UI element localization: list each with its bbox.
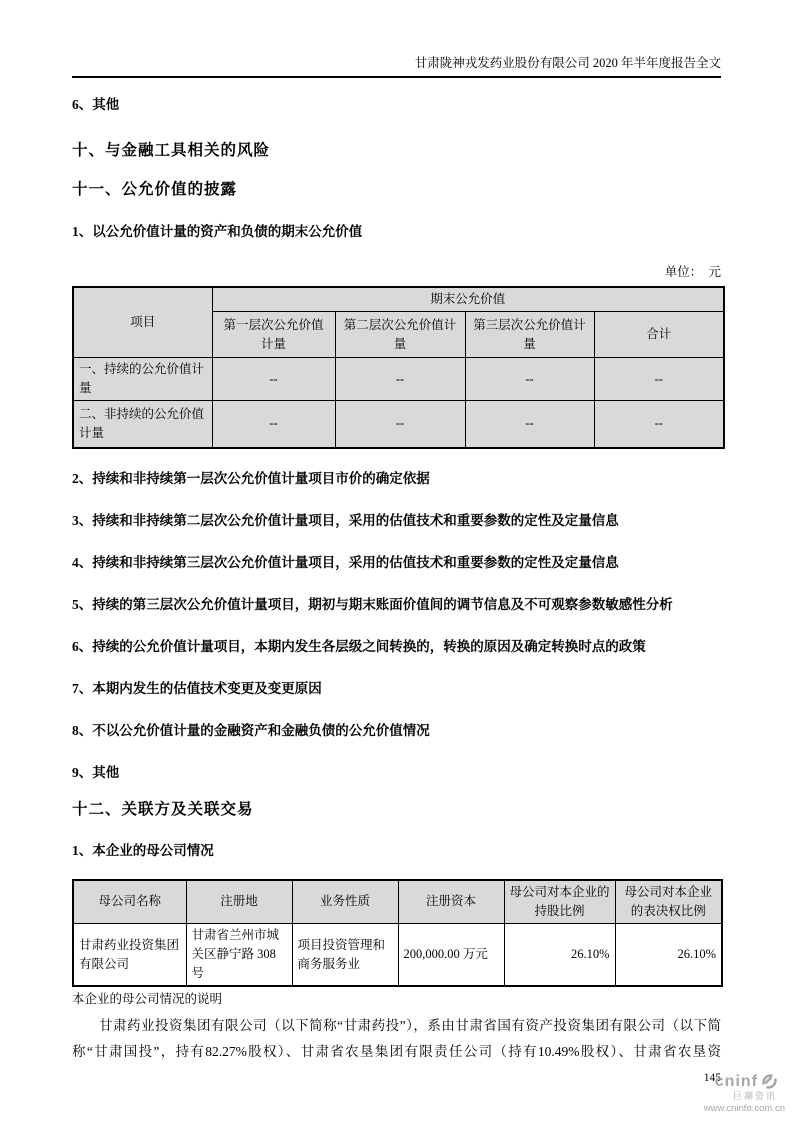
fair-value-table: 项目 期末公允价值 第一层次公允价值计量 第二层次公允价值计量 第三层次公允价值… <box>72 286 725 449</box>
pc-col-location: 注册地 <box>186 880 292 924</box>
heading-item-7: 7、本期内发生的估值技术变更及变更原因 <box>72 680 721 698</box>
heading-section-12-related-party: 十二、关联方及关联交易 <box>72 799 721 820</box>
pc-col-share-ratio: 母公司对本企业的持股比例 <box>504 880 615 924</box>
pc-cell-business: 项目投资管理和商务服务业 <box>292 924 398 987</box>
cninfo-swirl-icon <box>760 1072 779 1091</box>
parent-company-note: 本企业的母公司情况的说明 <box>72 991 721 1008</box>
fv-row-label: 二、非持续的公允价值计量 <box>73 401 212 448</box>
table-row: 一、持续的公允价值计量 -- -- -- -- <box>73 358 724 401</box>
pc-col-business: 业务性质 <box>292 880 398 924</box>
heading-section-10-financial-instrument-risk: 十、与金融工具相关的风险 <box>72 140 721 161</box>
fv-col-level3: 第三层次公允价值计量 <box>465 312 594 358</box>
fv-col-level1: 第一层次公允价值计量 <box>212 312 335 358</box>
pc-col-name: 母公司名称 <box>73 880 186 924</box>
fv-cell: -- <box>465 401 594 448</box>
parent-company-table: 母公司名称 注册地 业务性质 注册资本 母公司对本企业的持股比例 母公司对本企业… <box>72 879 723 988</box>
heading-item-2: 2、持续和非持续第一层次公允价值计量项目市价的确定依据 <box>72 470 721 488</box>
fv-cell: -- <box>594 401 724 448</box>
page-header-title: 甘肃陇神戎发药业股份有限公司 2020 年半年度报告全文 <box>72 55 721 78</box>
fv-cell: -- <box>212 401 335 448</box>
table-row: 二、非持续的公允价值计量 -- -- -- -- <box>73 401 724 448</box>
cninfo-logo-text: cninf <box>715 1073 758 1091</box>
page-number: 145 <box>72 1071 721 1086</box>
fv-cell: -- <box>335 358 465 401</box>
unit-label: 单位： 元 <box>72 264 721 280</box>
heading-item-4: 4、持续和非持续第三层次公允价值计量项目，采用的估值技术和重要参数的定性及定量信… <box>72 554 721 572</box>
fv-cell: -- <box>335 401 465 448</box>
pc-col-capital: 注册资本 <box>398 880 504 924</box>
heading-section-11-fair-value-disclosure: 十一、公允价值的披露 <box>72 179 721 200</box>
parent-company-paragraph: 甘肃药业投资集团有限公司（以下简称“甘肃药投”），系由甘肃省国有资产投资集团有限… <box>72 1013 721 1065</box>
fv-col-total: 合计 <box>594 312 724 358</box>
fv-row-label: 一、持续的公允价值计量 <box>73 358 212 401</box>
cninfo-logo: cninf 巨潮资讯 www.cninfo.com.cn <box>677 1072 787 1114</box>
fv-col-group: 期末公允价值 <box>212 287 724 312</box>
pc-cell-capital: 200,000.00 万元 <box>398 924 504 987</box>
fv-cell: -- <box>212 358 335 401</box>
cninfo-logo-chinese: 巨潮资讯 <box>677 1092 787 1102</box>
heading-item-6-transfer: 6、持续的公允价值计量项目，本期内发生各层级之间转换的，转换的原因及确定转换时点… <box>72 638 721 656</box>
pc-col-vote-ratio: 母公司对本企业的表决权比例 <box>615 880 722 924</box>
heading-item-1-parent-company: 1、本企业的母公司情况 <box>72 842 721 860</box>
heading-item-3: 3、持续和非持续第二层次公允价值计量项目，采用的估值技术和重要参数的定性及定量信… <box>72 512 721 530</box>
heading-item-5: 5、持续的第三层次公允价值计量项目，期初与期末账面价值间的调节信息及不可观察参数… <box>72 596 721 614</box>
heading-item-8: 8、不以公允价值计量的金融资产和金融负债的公允价值情况 <box>72 722 721 740</box>
cninfo-logo-url: www.cninfo.com.cn <box>677 1104 787 1114</box>
fv-cell: -- <box>465 358 594 401</box>
heading-item-6-other: 6、其他 <box>72 96 721 114</box>
table-row: 甘肃药业投资集团有限公司 甘肃省兰州市城关区静宁路 308 号 项目投资管理和商… <box>73 924 722 987</box>
fv-cell: -- <box>594 358 724 401</box>
pc-cell-share-ratio: 26.10% <box>504 924 615 987</box>
pc-cell-location: 甘肃省兰州市城关区静宁路 308 号 <box>186 924 292 987</box>
heading-item-1-fair-value-period-end: 1、以公允价值计量的资产和负债的期末公允价值 <box>72 223 721 241</box>
fv-col-level2: 第二层次公允价值计量 <box>335 312 465 358</box>
heading-item-9-other: 9、其他 <box>72 764 721 782</box>
pc-cell-vote-ratio: 26.10% <box>615 924 722 987</box>
report-page: 甘肃陇神戎发药业股份有限公司 2020 年半年度报告全文 6、其他 十、与金融工… <box>0 0 793 1122</box>
fv-col-item: 项目 <box>73 287 212 358</box>
pc-cell-name: 甘肃药业投资集团有限公司 <box>73 924 186 987</box>
